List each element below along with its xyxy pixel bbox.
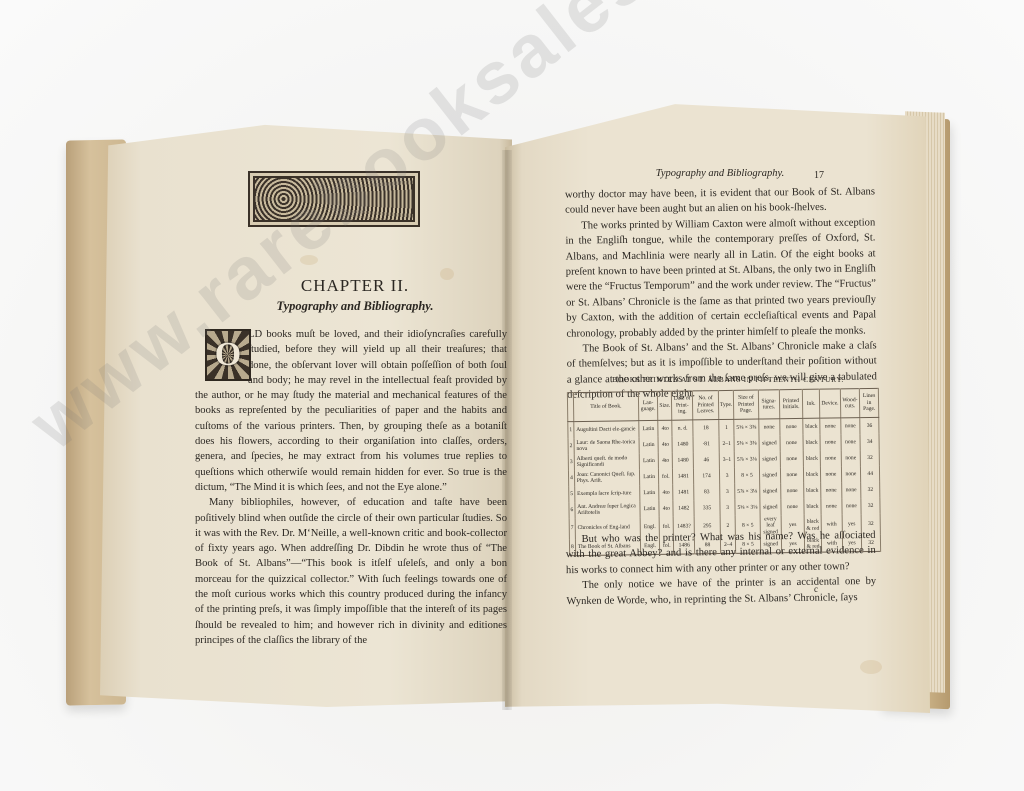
cell: none [841, 482, 861, 498]
cell: fol. [659, 469, 673, 485]
cell: 5⅞ × 3⅛ [735, 452, 759, 468]
cell: Laur: de Saona Rhe-torica nova [574, 437, 639, 454]
cell: 4to [658, 420, 672, 437]
col-header: Ink. [802, 389, 820, 418]
signature-mark: c [814, 584, 818, 594]
cell: black [804, 499, 822, 515]
cell: 4to [659, 453, 673, 469]
cell: signed [759, 467, 781, 483]
cell: none [820, 434, 840, 450]
cell: 18 [693, 420, 719, 437]
cell: 3 [720, 500, 736, 516]
ornamental-dropcap: O [205, 329, 251, 381]
decorative-headpiece [248, 171, 420, 227]
cell: black [803, 483, 821, 499]
cell: 4to [659, 501, 673, 517]
col-header: Signa-tures. [758, 390, 780, 419]
cell: 5⅝ × 3⅛ [735, 500, 759, 516]
cell: 44 [861, 466, 880, 482]
cell: none [780, 435, 803, 451]
cell: none [841, 498, 861, 514]
cell: 32 [861, 482, 880, 498]
cell: Latin [640, 501, 660, 517]
col-header: Lines in Page. [860, 388, 879, 417]
cell: 5⅜ × 3⅜ [734, 436, 758, 452]
paragraph: Many bibliophiles, however, of education… [195, 495, 507, 648]
col-header: Title of Book. [573, 392, 638, 422]
cell: 5⅝ × 3⅜ [734, 419, 758, 436]
cell: signed [759, 499, 781, 515]
cell: none [780, 451, 803, 467]
cell: signed [759, 435, 781, 451]
chapter-subtitle: Typography and Bibliography. [200, 299, 510, 314]
cell: 1480 [673, 452, 694, 468]
col-header: Lan-guage. [638, 391, 658, 420]
cell: none [821, 466, 841, 482]
cell: Latin [639, 453, 659, 469]
cell: Ant. Andreæ ſuper Logica Ariſtotelis [575, 501, 640, 518]
paragraph: The only notice we have of the printer i… [566, 574, 876, 609]
cell: 1481 [673, 468, 694, 484]
running-head: Typography and Bibliography. [640, 168, 800, 179]
cell: black [803, 418, 821, 435]
cell: none [820, 450, 840, 466]
cell: 36 [860, 417, 879, 434]
col-header: No. of Printed Leaves. [693, 391, 719, 420]
paragraph: But who was the printer? What was his na… [565, 528, 876, 579]
cell: black [803, 435, 821, 451]
cell: Exempla ſacre ſcrip-ture [574, 485, 639, 502]
cell: 4to [658, 437, 672, 453]
cell: 174 [694, 468, 720, 484]
cell: 5⅞ × 3⅛ [735, 484, 759, 500]
cell: 32 [861, 450, 880, 466]
foxing-stain [300, 255, 318, 265]
cell: none [821, 498, 841, 514]
col-header: Size of Printed Page. [734, 390, 759, 419]
chapter-title: CHAPTER II. [200, 276, 510, 296]
col-header: Wood-cuts. [840, 389, 860, 418]
cell: none [780, 418, 803, 435]
table-header-row: Title of Book. Lan-guage. Size. Date of … [567, 388, 878, 421]
cell: 3–1 [719, 452, 735, 468]
cell: none [841, 450, 861, 466]
cell: 4to [659, 485, 673, 501]
dropcap-letter: O [215, 336, 241, 374]
col-header: Printed Initials. [779, 389, 802, 418]
cell: none [840, 418, 860, 435]
cell: none [820, 418, 840, 435]
cell: none [821, 482, 841, 498]
cell: 8 × 5 [735, 468, 759, 484]
col-header: Date of Print-ing. [672, 391, 693, 420]
cell: 3 [720, 484, 736, 500]
cell: 1482 [673, 500, 694, 516]
cell: 1 [719, 419, 735, 436]
cell: signed [759, 483, 781, 499]
cell: Latin [639, 437, 659, 453]
cell: 335 [694, 500, 720, 516]
page-number: 17 [814, 170, 824, 181]
cell: 83 [694, 484, 720, 500]
right-page-body-after-table: But who was the printer? What was his na… [565, 528, 876, 609]
cell: none [781, 499, 804, 515]
cell: none [841, 434, 861, 450]
cell: 32 [861, 498, 880, 514]
cell: Alberti queſt. de modo Significandi [574, 453, 639, 470]
cell: none [781, 483, 804, 499]
cell: Auguſtini Dacti ele-gancie [574, 421, 639, 438]
col-header: Device. [820, 389, 841, 418]
cell: none [780, 467, 803, 483]
cell: Joan: Canonici Queſt. ſup. Phys. Ariſt. [574, 469, 639, 486]
cell: Latin [639, 485, 659, 501]
col-header: Size. [658, 391, 672, 420]
paragraph: The works printed by William Caxton were… [565, 215, 876, 341]
table-title: BOOKS PRINTED AT ST. ALBANS IN FIFTEENTH… [588, 375, 868, 384]
cell: 2–1 [719, 436, 735, 452]
cell: signed [759, 451, 781, 467]
cell: Latin [639, 420, 659, 437]
cell: Latin [639, 469, 659, 485]
cell: 34 [860, 434, 879, 450]
cell: 1481 [673, 484, 694, 500]
cell: none [758, 419, 780, 436]
paragraph: worthy doctor may have been, it is evide… [565, 184, 875, 218]
cell: 3 [719, 468, 735, 484]
cell: black [803, 467, 821, 483]
cell: black [803, 451, 821, 467]
foxing-stain [860, 660, 882, 674]
cell: 46 [693, 452, 719, 468]
cell: n. d. [672, 420, 693, 437]
cell: 1480 [672, 436, 693, 452]
col-header: Type. [718, 390, 734, 419]
cell: none [841, 466, 861, 482]
right-page-body: worthy doctor may have been, it is evide… [565, 184, 877, 403]
cell: ·81 [693, 436, 719, 452]
